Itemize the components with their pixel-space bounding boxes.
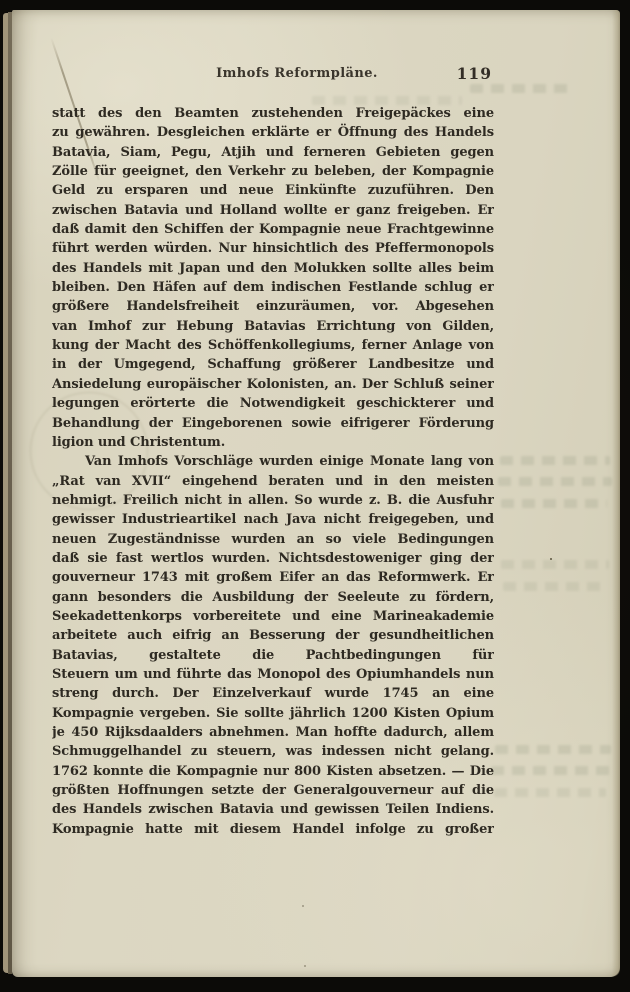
text-line: Kompagnie hatte mit diesem Handel infolg… [52, 820, 494, 839]
text-line: Kompagnie vergeben. Sie sollte jährlich … [52, 704, 494, 723]
text-line: Van Imhofs Vorschläge wurden einige Mona… [52, 452, 494, 471]
text-line: zwischen Batavia und Holland wollte er g… [52, 201, 494, 220]
paper-speck [304, 965, 306, 967]
book-page: Imhofs Reformpläne. 119 statt des den Be… [12, 10, 620, 977]
text-line: daß damit den Schiffen der Kompagnie neu… [52, 220, 494, 239]
text-line: zu gewähren. Desgleichen erklärte er Öff… [52, 123, 494, 142]
bleed-through-smudge [503, 582, 607, 591]
paper-speck [302, 905, 304, 907]
text-line: 1762 konnte die Kompagnie nur 800 Kisten… [52, 762, 494, 781]
text-line: Batavias, gestaltete die Pachtbedingunge… [52, 646, 494, 665]
text-line: Seekadettenkorps vorbereitete und eine M… [52, 607, 494, 626]
bleed-through-smudge [501, 560, 609, 569]
text-line: daß sie fast wertlos wurden. Nichtsdesto… [52, 549, 494, 568]
text-line: statt des den Beamten zustehenden Freige… [52, 104, 494, 123]
text-line: führt werden würden. Nur hinsichtlich de… [52, 239, 494, 258]
body-text: statt des den Beamten zustehenden Freige… [52, 104, 494, 839]
text-line: in der Umgegend, Schaffung größerer Land… [52, 355, 494, 374]
paragraph: Van Imhofs Vorschläge wurden einige Mona… [52, 452, 494, 839]
text-line: Batavia, Siam, Pegu, Atjih und ferneren … [52, 143, 494, 162]
text-line: streng durch. Der Einzelverkauf wurde 17… [52, 684, 494, 703]
text-line: des Handels mit Japan und den Molukken s… [52, 259, 494, 278]
text-line: Geld zu ersparen und neue Einkünfte zuzu… [52, 181, 494, 200]
text-line: Zölle für geeignet, den Verkehr zu beleb… [52, 162, 494, 181]
page-header: Imhofs Reformpläne. 119 [52, 66, 494, 88]
running-title: Imhofs Reformpläne. [76, 66, 518, 81]
text-line: Schmuggelhandel zu steuern, was indessen… [52, 742, 494, 761]
text-line: Behandlung der Eingeborenen sowie eifrig… [52, 414, 494, 433]
bleed-through-smudge [495, 745, 611, 754]
text-line: legungen erörterte die Notwendigkeit ges… [52, 394, 494, 413]
text-line: van Imhof zur Hebung Batavias Errichtung… [52, 317, 494, 336]
text-line: bleiben. Den Häfen auf dem indischen Fes… [52, 278, 494, 297]
text-line: gouverneur 1743 mit großem Eifer an das … [52, 568, 494, 587]
bleed-through-smudge [500, 456, 610, 465]
text-line: größere Handelsfreiheit einzuräumen, vor… [52, 297, 494, 316]
bleed-through-smudge [498, 477, 612, 486]
page-cut-edge [612, 10, 620, 977]
paragraph: statt des den Beamten zustehenden Freige… [52, 104, 494, 452]
text-line: ligion und Christentum. [52, 433, 494, 452]
text-line: des Handels zwischen Batavia und gewisse… [52, 800, 494, 819]
text-line: Ansiedelung europäischer Kolonisten, an.… [52, 375, 494, 394]
text-line: gann besonders die Ausbildung der Seeleu… [52, 588, 494, 607]
text-line: Steuern um und führte das Monopol des Op… [52, 665, 494, 684]
bleed-through-smudge [491, 766, 611, 775]
text-line: größten Hoffnungen setzte der Generalgou… [52, 781, 494, 800]
bleed-through-smudge [494, 788, 606, 797]
text-line: nehmigt. Freilich nicht in allen. So wur… [52, 491, 494, 510]
book-photo: Imhofs Reformpläne. 119 statt des den Be… [0, 0, 630, 992]
paper-speck [550, 558, 552, 560]
text-line: arbeitete auch eifrig an Besserung der g… [52, 626, 494, 645]
text-line: je 450 Rijksdaalders abnehmen. Man hofft… [52, 723, 494, 742]
text-line: kung der Macht des Schöffenkollegiums, f… [52, 336, 494, 355]
text-line: „Rat van XVII“ eingehend beraten und in … [52, 472, 494, 491]
page-number: 119 [457, 64, 492, 83]
bleed-through-smudge [501, 499, 607, 508]
text-line: gewisser Industrieartikel nach Java nich… [52, 510, 494, 529]
text-line: neuen Zugeständnisse wurden an so viele … [52, 530, 494, 549]
